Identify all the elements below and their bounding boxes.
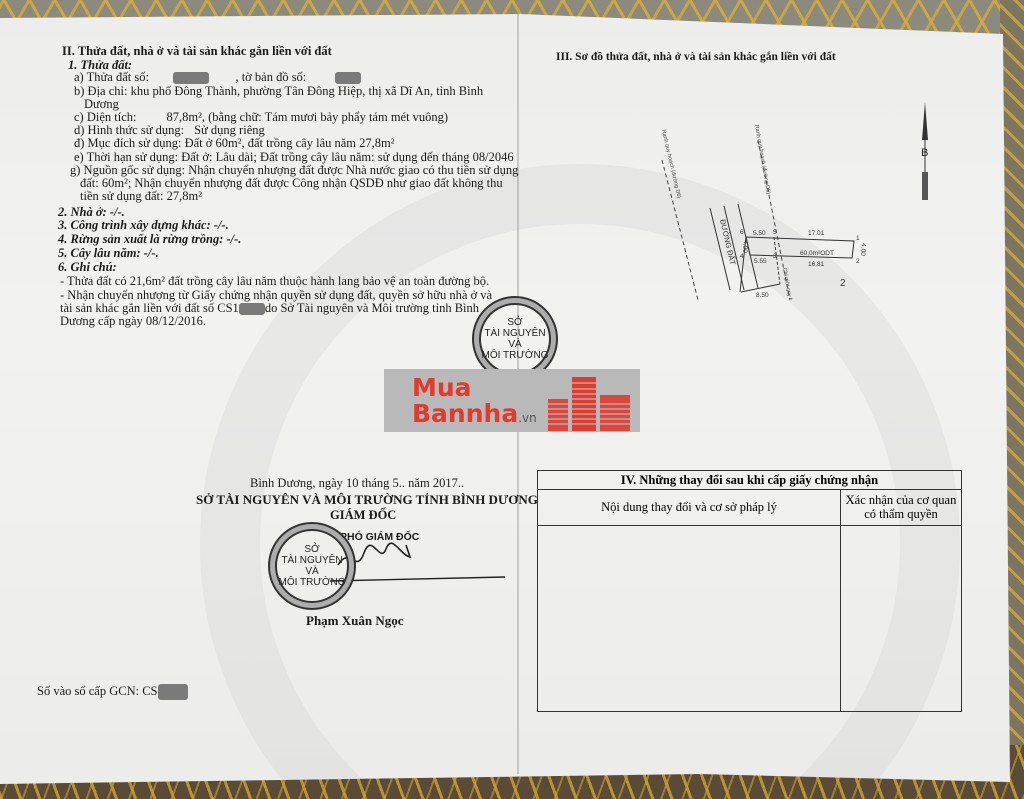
area-line: c) Diện tích:87,8m², (bằng chữ: Tám mươi…: [74, 110, 448, 124]
svg-text:4.00: 4.00: [741, 240, 749, 254]
signer-name: Phạm Xuân Ngọc: [306, 614, 404, 628]
redacted-registry-number: [158, 684, 188, 700]
section-ii-title: II. Thửa đất, nhà ở và tài sản khác gắn …: [62, 44, 332, 58]
usage-origin-line-3: tiền sử dụng đất: 27,8m²: [80, 189, 202, 203]
svg-text:Ranh quy hoạch (đường D6): Ranh quy hoạch (đường D6): [753, 124, 771, 194]
svg-text:Chỉ giới quy hoạch giao thông: Chỉ giới quy hoạch giao thông: [781, 267, 801, 300]
logo-text: Bannha.vn: [412, 399, 537, 428]
svg-text:5: 5: [773, 229, 777, 236]
note-2-line-3: Dương cấp ngày 08/12/2016.: [60, 314, 206, 328]
plot-number-line: a) Thửa đất số: , tờ bản đồ số:: [74, 70, 361, 84]
usage-form-line: d) Hình thức sử dụng:Sử dụng riêng: [74, 123, 265, 137]
usage-purpose-line: đ) Mục đích sử dụng: Đất ở 60m², đất trồ…: [74, 136, 394, 150]
usage-term-line: e) Thời hạn sử dụng: Đất ở: Lâu dài; Đất…: [74, 150, 514, 164]
svg-text:60,0m²ODT: 60,0m²ODT: [800, 250, 834, 257]
changes-column-confirmation: Xác nhận của cơ quan có thẩm quyền: [841, 490, 961, 525]
address-line-2: Dương: [84, 97, 119, 111]
svg-text:5.55: 5.55: [754, 258, 767, 265]
changes-content-cell: [538, 526, 841, 711]
redacted-map-number: [335, 72, 361, 84]
changes-table: IV. Những thay đổi sau khi cấp giấy chứn…: [537, 470, 962, 712]
svg-text:17.01: 17.01: [808, 230, 825, 237]
svg-text:2: 2: [840, 278, 846, 289]
registry-number: Số vào sổ cấp GCN: CS: [37, 684, 188, 700]
svg-text:6: 6: [740, 229, 744, 236]
svg-text:8.50: 8.50: [756, 292, 769, 299]
issue-date: Bình Dương, ngày 10 tháng 5.. năm 2017..: [250, 476, 464, 490]
note-1: - Thửa đất có 21,6m² đất trồng cây lâu n…: [60, 274, 489, 288]
perennial-trees-item: 5. Cây lâu năm: -/-.: [58, 246, 159, 260]
director-title: GIÁM ĐỐC: [330, 508, 396, 522]
svg-text:ĐƯỜNG ĐẤT: ĐƯỜNG ĐẤT: [718, 218, 738, 266]
official-seal-signature: SỞ TÀI NGUYÊN VÀ MÔI TRƯỜNG: [268, 522, 356, 610]
note-2-line-1: - Nhận chuyển nhượng từ Giấy chứng nhận …: [60, 288, 492, 302]
section-iii-title: III. Sơ đồ thửa đất, nhà ở và tài sản kh…: [556, 50, 836, 64]
svg-text:B: B: [921, 147, 928, 159]
watermark-logo: Mua Bannha.vn: [384, 369, 640, 432]
svg-text:3: 3: [773, 253, 777, 260]
forest-item: 4. Rừng sản xuất là rừng trồng: -/-.: [58, 232, 241, 246]
land-plot-diagram: 5.50 17.01 5.55 16.81 8.50 60,0m²ODT 6 5…: [640, 100, 900, 300]
address-line: b) Địa chỉ: khu phố Đông Thành, phường T…: [74, 84, 483, 98]
usage-origin-line: g) Nguồn gốc sử dụng: Nhận chuyển nhượng…: [70, 163, 518, 177]
issuing-authority: SỞ TÀI NGUYÊN VÀ MÔI TRƯỜNG TỈNH BÌNH DƯ…: [196, 493, 538, 507]
svg-text:5.50: 5.50: [753, 230, 766, 237]
svg-text:1: 1: [856, 235, 860, 242]
svg-text:Ranh quy hoạch (đường D6): Ranh quy hoạch (đường D6): [660, 129, 682, 199]
buildings-icon: [548, 375, 632, 431]
note-2-line-2: tài sản khác gắn liền với đất số CS1do S…: [60, 301, 479, 315]
other-construction-item: 3. Công trình xây dựng khác: -/-.: [58, 218, 229, 232]
notes-heading: 6. Ghi chú:: [58, 260, 117, 274]
svg-text:4.00: 4.00: [859, 243, 867, 257]
redacted-plot-number: [173, 72, 209, 84]
north-arrow-icon: B: [910, 100, 940, 210]
svg-text:16.81: 16.81: [808, 261, 825, 268]
house-item: 2. Nhà ở: -/-.: [58, 205, 125, 219]
redacted-certificate-number: [239, 303, 265, 315]
changes-column-content: Nội dung thay đổi và cơ sở pháp lý: [538, 490, 841, 525]
svg-text:4: 4: [740, 253, 744, 260]
svg-text:2: 2: [856, 258, 860, 265]
changes-table-title: IV. Những thay đổi sau khi cấp giấy chứn…: [538, 471, 961, 490]
usage-origin-line-2: đất: 60m²; Nhận chuyển nhượng đất được C…: [80, 176, 503, 190]
